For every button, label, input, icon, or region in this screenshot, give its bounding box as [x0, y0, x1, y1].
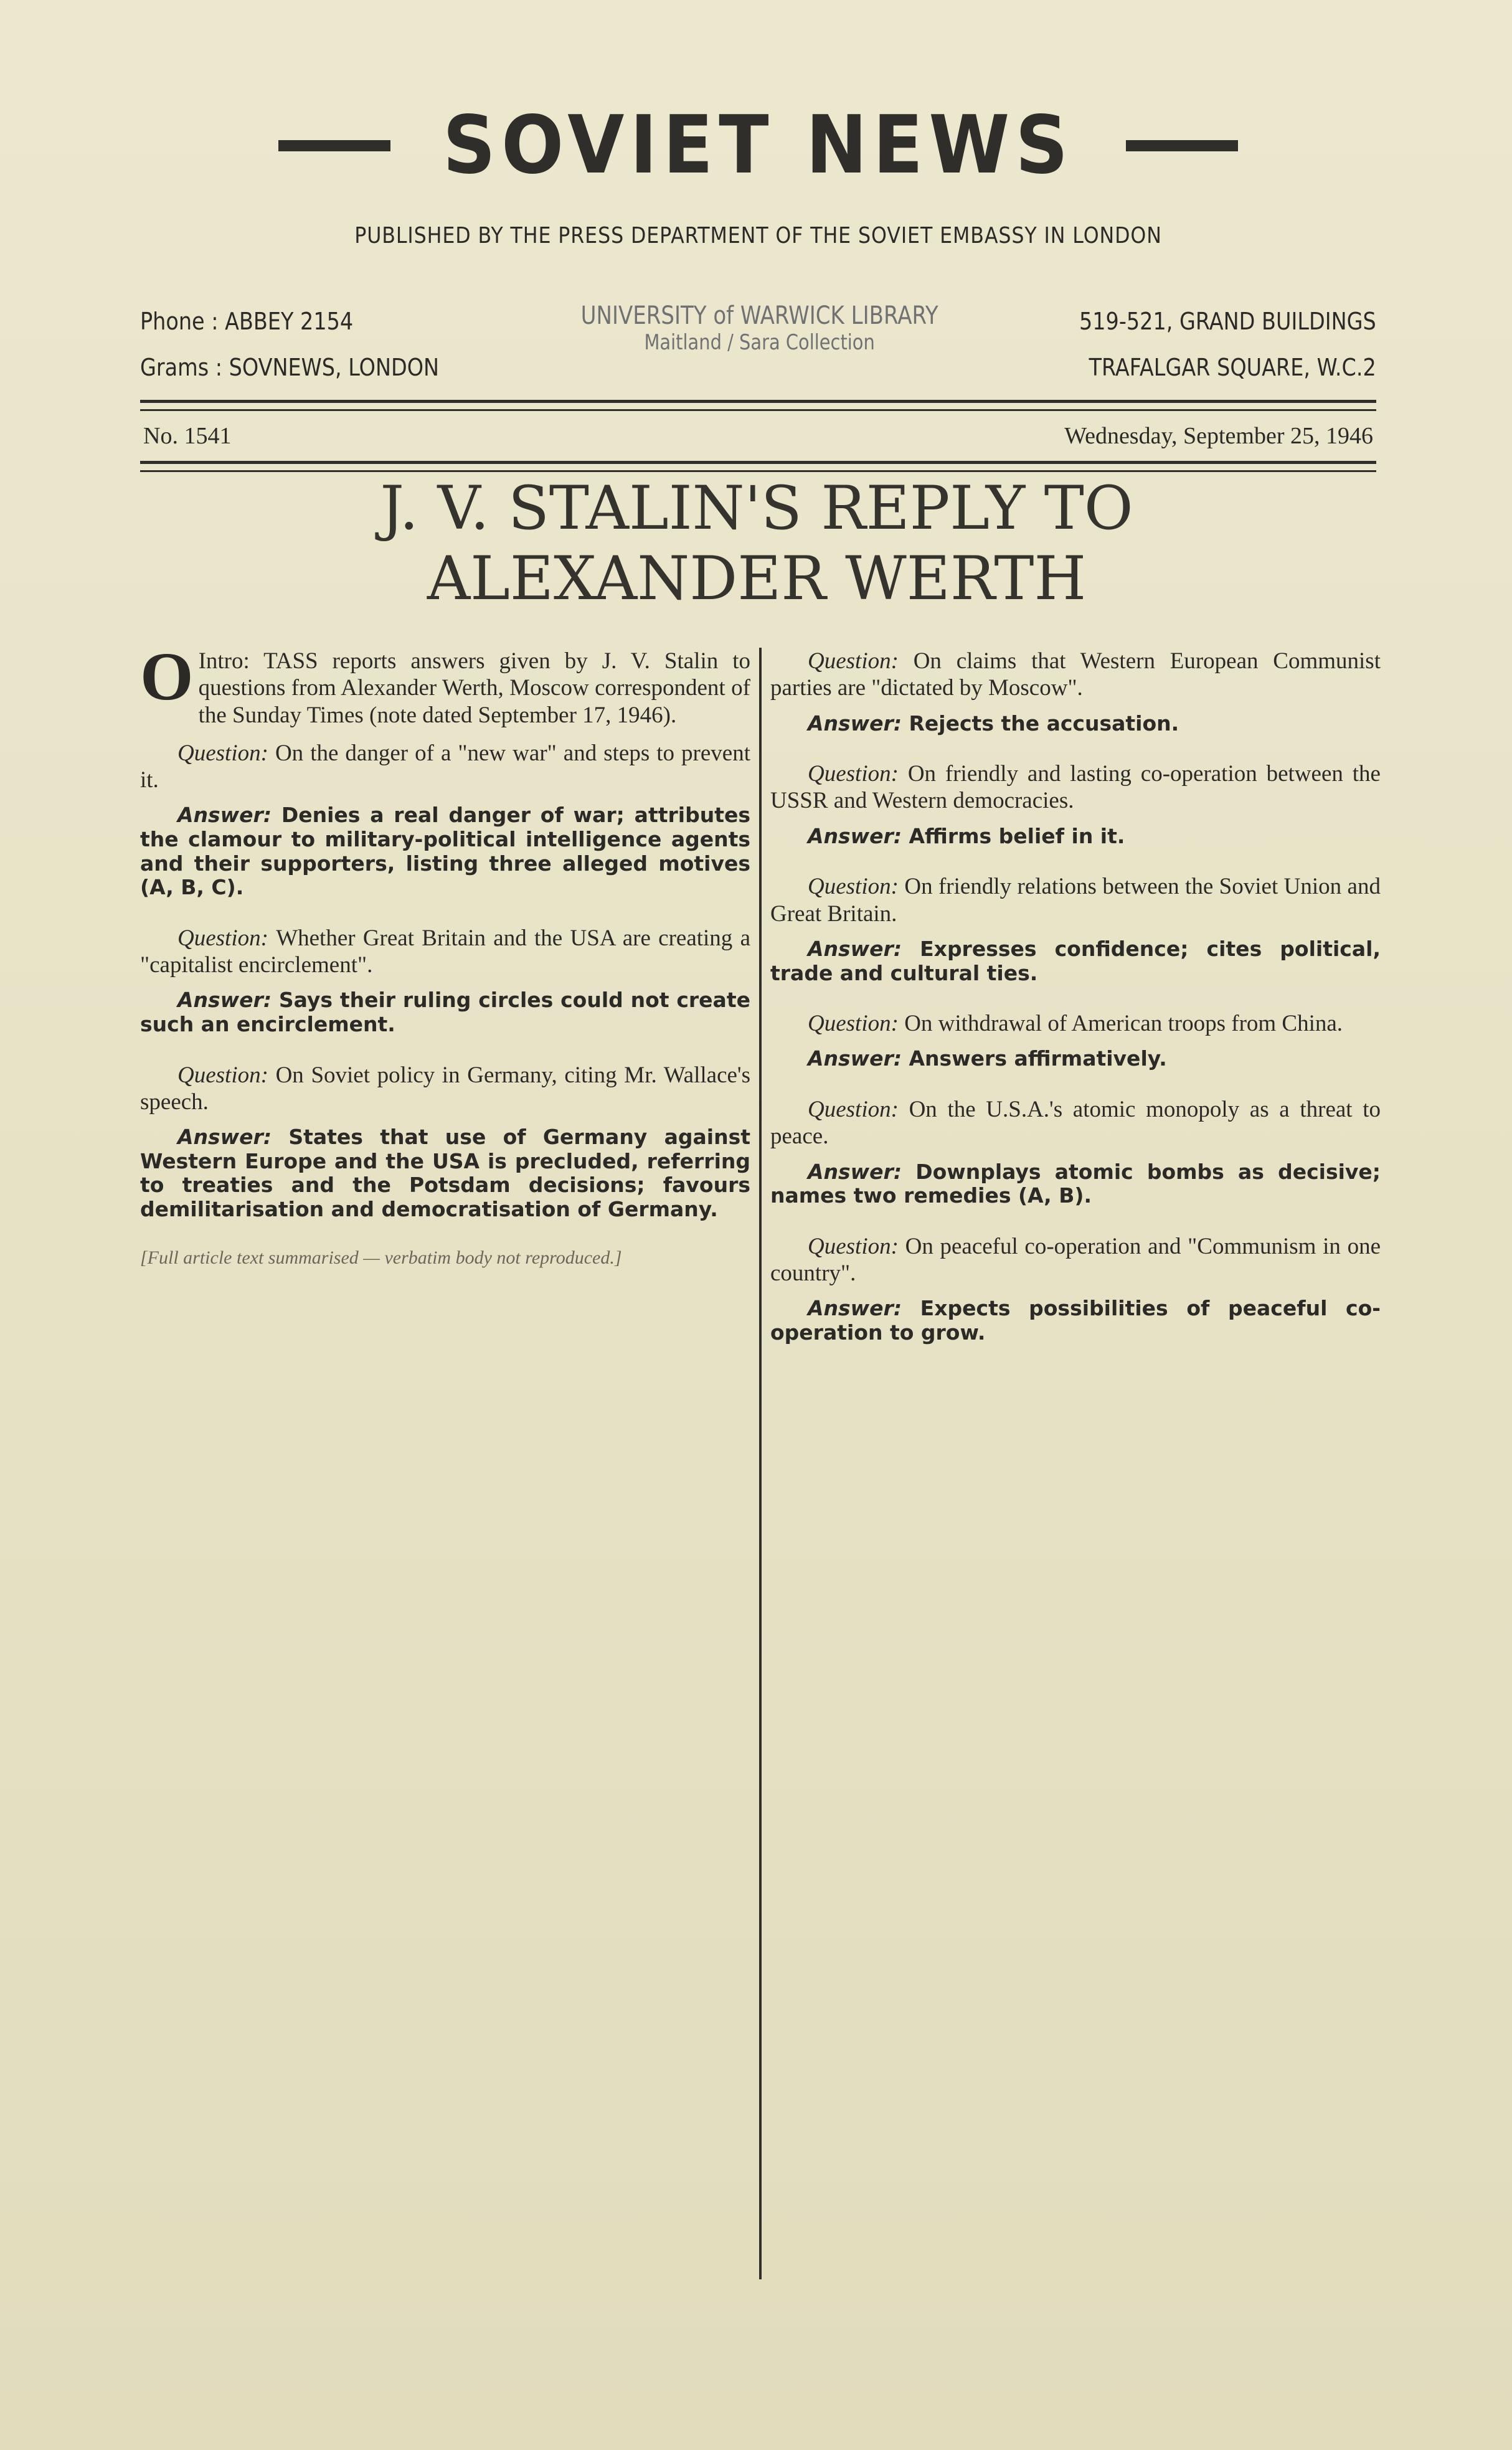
phone: Phone : ABBEY 2154	[140, 308, 439, 335]
stamp-line2: Maitland / Sara Collection	[580, 330, 938, 355]
question-label: Question:	[808, 1097, 909, 1122]
issue-date: Wednesday, September 25, 1946	[1064, 422, 1373, 450]
right-qa-list: Question: On claims that Western Europea…	[770, 648, 1381, 1345]
article-column-right: Question: On claims that Western Europea…	[770, 648, 1381, 2292]
answer: Answer: Denies a real danger of war; att…	[140, 803, 750, 899]
question: Question: On withdrawal of American troo…	[770, 1010, 1381, 1037]
left-qa-list: Question: On the danger of a "new war" a…	[140, 740, 750, 1222]
drop-cap: O	[140, 648, 194, 706]
headline-line2: ALEXANDER WERTH	[187, 544, 1326, 614]
question: Question: On Soviet policy in Germany, c…	[140, 1062, 750, 1116]
contact-row: Phone : ABBEY 2154 Grams : SOVNEWS, LOND…	[140, 308, 1376, 400]
newspaper-page: SOVIET NEWS PUBLISHED BY THE PRESS DEPAR…	[0, 0, 1512, 2450]
question-label: Question:	[177, 925, 276, 951]
answer-label: Answer:	[808, 1046, 909, 1071]
title-dash-left	[278, 140, 390, 151]
column-divider	[759, 648, 762, 2279]
question-label: Question:	[808, 1011, 904, 1036]
omission-note: [Full article text summarised — verbatim…	[140, 1247, 750, 1269]
answer-label: Answer:	[808, 1296, 920, 1320]
answer: Answer: Downplays atomic bombs as decisi…	[770, 1160, 1381, 1208]
address-line1: 519-521, GRAND BUILDINGS	[1079, 308, 1376, 335]
question: Question: On claims that Western Europea…	[770, 648, 1381, 702]
question: Question: On the U.S.A.'s atomic monopol…	[770, 1096, 1381, 1150]
intro-summary: Intro: TASS reports answers given by J. …	[199, 648, 750, 728]
contact-right: 519-521, GRAND BUILDINGS TRAFALGAR SQUAR…	[1039, 308, 1376, 400]
title-row: SOVIET NEWS	[140, 106, 1376, 186]
paper-title: SOVIET NEWS	[443, 106, 1074, 186]
question-label: Question:	[177, 1062, 276, 1088]
rule-bottom	[140, 461, 1376, 472]
answer: Answer: Expects possibilities of peacefu…	[770, 1297, 1381, 1345]
question: Question: On the danger of a "new war" a…	[140, 740, 750, 794]
stamp-line1: UNIVERSITY of WARWICK LIBRARY	[580, 301, 938, 330]
rule-top	[140, 400, 1376, 411]
question: Question: On peaceful co-operation and "…	[770, 1233, 1381, 1287]
answer-label: Answer:	[177, 803, 281, 827]
article-intro: O Intro: TASS reports answers given by J…	[140, 648, 750, 729]
headline: J. V. STALIN'S REPLY TO ALEXANDER WERTH	[187, 473, 1326, 615]
question: Question: On friendly and lasting co-ope…	[770, 760, 1381, 815]
masthead: SOVIET NEWS PUBLISHED BY THE PRESS DEPAR…	[140, 106, 1376, 472]
answer: Answer: Affirms belief in it.	[770, 825, 1381, 849]
dateline: No. 1541 Wednesday, September 25, 1946	[140, 411, 1376, 461]
contact-left: Phone : ABBEY 2154 Grams : SOVNEWS, LOND…	[140, 308, 480, 400]
question-label: Question:	[808, 1234, 905, 1259]
answer-label: Answer:	[808, 1160, 915, 1184]
question: Question: Whether Great Britain and the …	[140, 925, 750, 979]
question-label: Question:	[808, 761, 908, 787]
question: Question: On friendly relations between …	[770, 873, 1381, 927]
answer: Answer: Rejects the accusation.	[770, 712, 1381, 736]
address-line2: TRAFALGAR SQUARE, W.C.2	[1079, 354, 1376, 381]
answer-label: Answer:	[808, 937, 920, 961]
headline-line1: J. V. STALIN'S REPLY TO	[187, 473, 1326, 544]
question-label: Question:	[808, 648, 914, 674]
answer: Answer: Says their ruling circles could …	[140, 988, 750, 1036]
telegram-address: Grams : SOVNEWS, LONDON	[140, 354, 439, 381]
answer: Answer: States that use of Germany again…	[140, 1125, 750, 1221]
answer-label: Answer:	[808, 824, 909, 848]
answer: Answer: Expresses confidence; cites poli…	[770, 937, 1381, 985]
answer-label: Answer:	[808, 711, 909, 735]
answer: Answer: Answers affirmatively.	[770, 1047, 1381, 1071]
question-label: Question:	[177, 740, 275, 766]
answer-label: Answer:	[177, 988, 279, 1012]
publisher-line: PUBLISHED BY THE PRESS DEPARTMENT OF THE…	[214, 223, 1302, 248]
title-dash-right	[1126, 140, 1238, 151]
answer-label: Answer:	[177, 1125, 288, 1149]
article-column-left: O Intro: TASS reports answers given by J…	[140, 648, 750, 2292]
library-stamp: UNIVERSITY of WARWICK LIBRARY Maitland /…	[549, 301, 970, 355]
question-label: Question:	[808, 874, 904, 899]
article-body: O Intro: TASS reports answers given by J…	[140, 648, 1382, 2292]
issue-number: No. 1541	[143, 422, 231, 450]
